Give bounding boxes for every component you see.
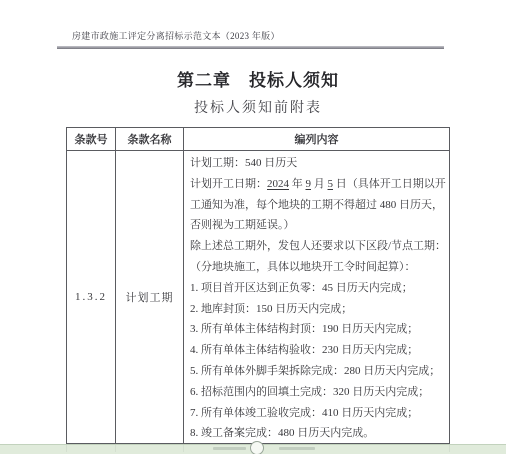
circle-button-icon[interactable] (250, 441, 264, 454)
content-line: 2. 地库封顶：150 日历天内完成； (190, 299, 445, 320)
clauses-table: 条款号 条款名称 编列内容 1.3.2 计划工期 计划工期：540 日历天 计划… (66, 127, 450, 452)
content-line: 3. 所有单体主体结构封顶：190 日历天内完成； (190, 319, 445, 340)
content-line: 除上述总工期外，发包人还要求以下区段/节点工期： (190, 236, 445, 257)
content-line: 8. 竣工备案完成：480 日历天内完成。 (190, 423, 445, 444)
content-line: 计划工期：540 日历天 (190, 153, 445, 174)
document-page: 房建市政施工评定分离招标示范文本（2023 年版） 第二章 投标人须知 投标人须… (0, 0, 506, 454)
content-line-start-date: 计划开工日期：2024 年 9 月 5 日（具体开工日期以开 (190, 174, 445, 195)
clause-name-cell: 计划工期 (116, 151, 184, 444)
content-line: 4. 所有单体主体结构验收：230 日历天内完成； (190, 340, 445, 361)
content-line: 5. 所有单体外脚手架拆除完成：280 日历天内完成； (190, 361, 445, 382)
running-header: 房建市政施工评定分离招标示范文本（2023 年版） (72, 29, 280, 42)
content-line: 否则视为工期延误。） (190, 215, 445, 236)
clause-content-cell: 计划工期：540 日历天 计划开工日期：2024 年 9 月 5 日（具体开工日… (184, 151, 450, 444)
header-rule-divider (57, 46, 444, 49)
content-line: 6. 招标范围内的回填土完成：320 日历天内完成； (190, 382, 445, 403)
table-row: 1.3.2 计划工期 计划工期：540 日历天 计划开工日期：2024 年 9 … (67, 151, 450, 444)
faint-text-mark (213, 447, 246, 450)
content-line: 7. 所有单体竣工验收完成：410 日历天内完成； (190, 403, 445, 424)
chapter-title: 第二章 投标人须知 (66, 66, 450, 91)
content-line: （分地块施工，具体以地块开工令时间起算）： (190, 257, 445, 278)
page-subtitle: 投标人须知前附表 (66, 97, 450, 117)
start-year-value: 2024 (267, 178, 289, 190)
content-line: 工通知为准，每个地块的工期不得超过 480 日历天， (190, 195, 445, 216)
faint-text-mark (279, 447, 315, 450)
table-header-row: 条款号 条款名称 编列内容 (67, 128, 450, 151)
col-header-clause-no: 条款号 (67, 128, 116, 151)
content-line: 1. 项目首开区达到正负零：45 日历天内完成； (190, 278, 445, 299)
col-header-content: 编列内容 (184, 128, 450, 151)
col-header-clause-name: 条款名称 (116, 128, 184, 151)
clause-number-cell: 1.3.2 (67, 151, 116, 444)
